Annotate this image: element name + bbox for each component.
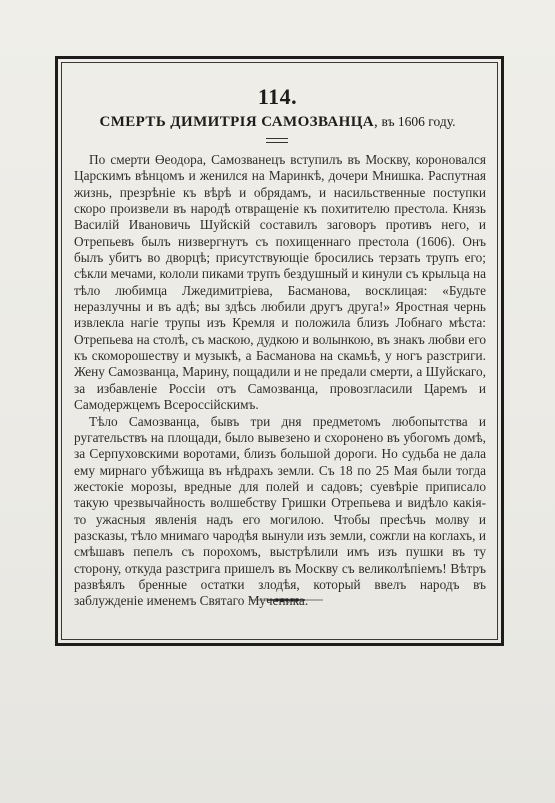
title-main: СМЕРТЬ ДИМИТРІЯ САМОЗВАНЦА: [99, 114, 374, 130]
section-number: 114.: [0, 84, 555, 110]
title-date: въ 1606 году.: [382, 114, 456, 129]
title-separator: ,: [374, 114, 382, 130]
paragraph: Тѣло Самозванца, бывъ три дня предметомъ…: [74, 414, 486, 610]
double-rule-divider: [266, 138, 288, 143]
tailpiece-ornament-icon: [249, 597, 323, 603]
paragraph: По смерти Өеодора, Самозванецъ вступилъ …: [74, 152, 486, 414]
body-text: По смерти Өеодора, Самозванецъ вступилъ …: [74, 152, 486, 610]
page-title: СМЕРТЬ ДИМИТРІЯ САМОЗВАНЦА, въ 1606 году…: [0, 114, 555, 131]
